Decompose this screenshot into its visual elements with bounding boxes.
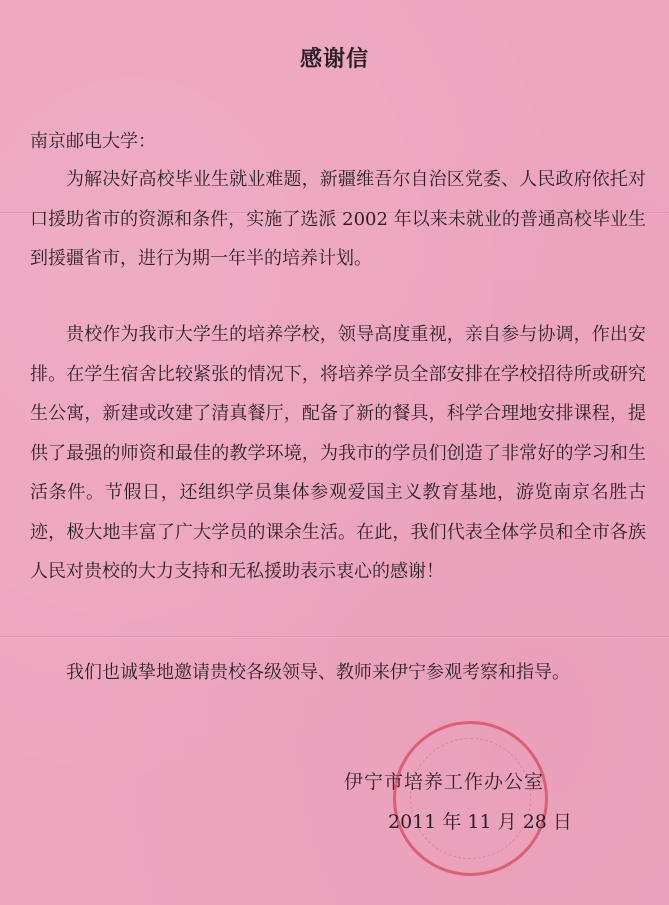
letter-paragraph-2: 贵校作为我市大学生的培养学校，领导高度重视，亲自参与协调，作出安排。在学生宿舍比… [30,315,646,592]
paragraph-text: 我们也诚挚地邀请贵校各级领导、教师来伊宁参观考察和指导。 [30,653,646,693]
paragraph-text: 贵校作为我市大学生的培养学校，领导高度重视，亲自参与协调，作出安排。在学生宿舍比… [30,315,646,592]
seal-inner-ring [410,738,531,859]
paragraph-text: 为解决好高校毕业生就业难题，新疆维吾尔自治区党委、人民政府依托对口援助省市的资源… [30,160,646,279]
letter-salutation: 南京邮电大学： [30,127,156,153]
letter-title: 感谢信 [0,42,669,73]
letter-signature: 伊宁市培养工作办公室 [344,767,544,794]
official-seal-stamp [393,721,548,876]
letter-date: 2011 年 11 月 28 日 [388,807,572,834]
letter-paragraph-1: 为解决好高校毕业生就业难题，新疆维吾尔自治区党委、人民政府依托对口援助省市的资源… [30,160,646,279]
paper-fold-crease [0,636,669,638]
letter-paragraph-3: 我们也诚挚地邀请贵校各级领导、教师来伊宁参观考察和指导。 [30,653,646,693]
